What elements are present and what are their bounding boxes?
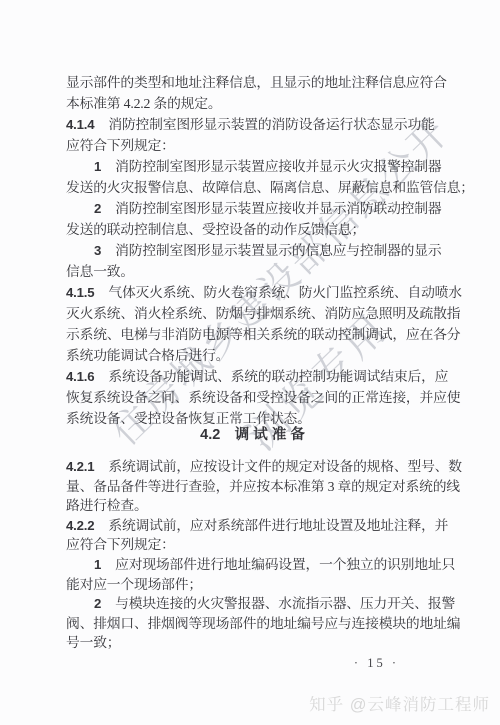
text-run: 应符合下列规定： <box>66 138 175 153</box>
text-run: 量、备品备件等进行查验，并应按本标准第 3 章的规定对系统的线 <box>66 479 460 494</box>
clause-number: 4.1.4 <box>66 117 94 132</box>
text-run: 消防控制室图形显示装置的消防设备运行状态显示功能 <box>108 117 434 132</box>
text-run: 本标准第 4.2.2 条的规定。 <box>66 96 221 111</box>
clause-number: 4.2.2 <box>66 518 94 533</box>
zhihu-author-watermark: 知乎 @云峰消防工程师 <box>309 691 490 715</box>
text-line: 示系统、电梯与非消防电源等相关系统的联动控制调试，应在各分 <box>66 324 439 345</box>
text-line: 灭火系统、消火栓系统、防烟与排烟系统、消防应急照明及疏散指 <box>66 303 439 324</box>
clause-number: 4.1.5 <box>66 285 94 300</box>
text-run: 与模块连接的火灾警报器、水流指示器、压力开关、报警 <box>115 596 455 611</box>
text-line: 应符合下列规定： <box>66 135 439 156</box>
text-line: 信息一致。 <box>66 261 439 282</box>
clause-number: 1 <box>94 557 101 572</box>
text-line: 发送的火灾报警信息、故障信息、隔离信息、屏蔽信息和监管信息； <box>66 177 439 198</box>
text-run: 系统调试前，应对系统部件进行地址设置及地址注释，并 <box>108 518 448 533</box>
text-line: 4.1.6系统设备功能调试、系统的联动控制功能调试结束后，应 <box>66 366 439 387</box>
text-run: 显示部件的类型和地址注释信息，且显示的地址注释信息应符合 <box>66 75 447 90</box>
text-run: 发送的联动控制信息、受控设备的动作反馈信息； <box>66 222 365 237</box>
clause-number: 4.2.1 <box>66 459 94 474</box>
text-line: 应符合下列规定： <box>66 535 439 555</box>
text-line: 能对应一个现场部件； <box>66 575 439 595</box>
text-run: 灭火系统、消火栓系统、防烟与排烟系统、消防应急照明及疏散指 <box>66 306 460 321</box>
text-line: 1应对现场部件进行地址编码设置，一个独立的识别地址只 <box>66 555 439 575</box>
clause-number: 2 <box>94 596 101 611</box>
text-line: 阀、排烟口、排烟阀等现场部件的地址编号应与连接模块的地址编 <box>66 614 439 634</box>
clause-number: 1 <box>94 159 101 174</box>
text-line: 号一致； <box>66 633 439 653</box>
text-run: 系统调试前，应按设计文件的规定对设备的规格、型号、数 <box>108 459 462 474</box>
text-line: 路进行检查。 <box>66 496 439 516</box>
text-run: 系统设备功能调试、系统的联动控制功能调试结束后，应 <box>108 369 448 384</box>
section-heading: 4.2 调 试 准 备 <box>66 425 439 446</box>
text-line: 2消防控制室图形显示装置应接收并显示消防联动控制器 <box>66 198 439 219</box>
text-run: 路进行检查。 <box>66 498 148 513</box>
text-run: 气体灭火系统、防火卷帘系统、防火门监控系统、自动喷水 <box>108 285 462 300</box>
text-run: 能对应一个现场部件； <box>66 577 202 592</box>
text-line: 发送的联动控制信息、受控设备的动作反馈信息； <box>66 219 439 240</box>
text-run: 示系统、电梯与非消防电源等相关系统的联动控制调试，应在各分 <box>66 327 460 342</box>
text-line: 1消防控制室图形显示装置应接收并显示火灾报警控制器 <box>66 156 439 177</box>
text-run: 消防控制室图形显示装置应接收并显示火灾报警控制器 <box>115 159 441 174</box>
text-run: 系统功能调试合格后进行。 <box>66 348 229 363</box>
text-run: 发送的火灾报警信息、故障信息、隔离信息、屏蔽信息和监管信息； <box>66 180 474 195</box>
page-number: · 15 · <box>66 656 439 671</box>
text-run: 号一致； <box>66 635 120 650</box>
text-line: 4.2.2系统调试前，应对系统部件进行地址设置及地址注释，并 <box>66 516 439 536</box>
text-run: 系统设备、受控设备恢复正常工作状态。 <box>66 411 311 426</box>
clause-number: 4.1.6 <box>66 369 94 384</box>
text-run: 应对现场部件进行地址编码设置，一个独立的识别地址只 <box>115 557 455 572</box>
text-run: 阀、排烟口、排烟阀等现场部件的地址编号应与连接模块的地址编 <box>66 616 460 631</box>
text-run: 恢复系统设备之间、系统设备和受控设备之间的正常连接，并应使 <box>66 390 460 405</box>
text-line: 恢复系统设备之间、系统设备和受控设备之间的正常连接，并应使 <box>66 387 439 408</box>
text-line: 量、备品备件等进行查验，并应按本标准第 3 章的规定对系统的线 <box>66 477 439 497</box>
text-line: 4.2.1系统调试前，应按设计文件的规定对设备的规格、型号、数 <box>66 457 439 477</box>
text-line: 3消防控制室图形显示装置显示的信息应与控制器的显示 <box>66 240 439 261</box>
text-line: 4.1.5气体灭火系统、防火卷帘系统、防火门监控系统、自动喷水 <box>66 282 439 303</box>
text-line: 系统功能调试合格后进行。 <box>66 345 439 366</box>
clause-number: 3 <box>94 243 101 258</box>
document-page: 住房城乡建设部信息公开 浏览专用 显示部件的类型和地址注释信息，且显示的地址注释… <box>0 0 500 725</box>
clause-number: 2 <box>94 201 101 216</box>
body-text-lower: 4.2.1系统调试前，应按设计文件的规定对设备的规格、型号、数量、备品备件等进行… <box>66 457 439 653</box>
text-run: 消防控制室图形显示装置应接收并显示消防联动控制器 <box>115 201 441 216</box>
text-line: 2与模块连接的火灾警报器、水流指示器、压力开关、报警 <box>66 594 439 614</box>
text-run: 消防控制室图形显示装置显示的信息应与控制器的显示 <box>115 243 441 258</box>
text-line: 本标准第 4.2.2 条的规定。 <box>66 93 439 114</box>
text-line: 显示部件的类型和地址注释信息，且显示的地址注释信息应符合 <box>66 72 439 93</box>
text-run: 信息一致。 <box>66 264 134 279</box>
text-line: 4.1.4消防控制室图形显示装置的消防设备运行状态显示功能 <box>66 114 439 135</box>
body-text-upper: 显示部件的类型和地址注释信息，且显示的地址注释信息应符合本标准第 4.2.2 条… <box>66 72 439 429</box>
text-run: 应符合下列规定： <box>66 537 175 552</box>
